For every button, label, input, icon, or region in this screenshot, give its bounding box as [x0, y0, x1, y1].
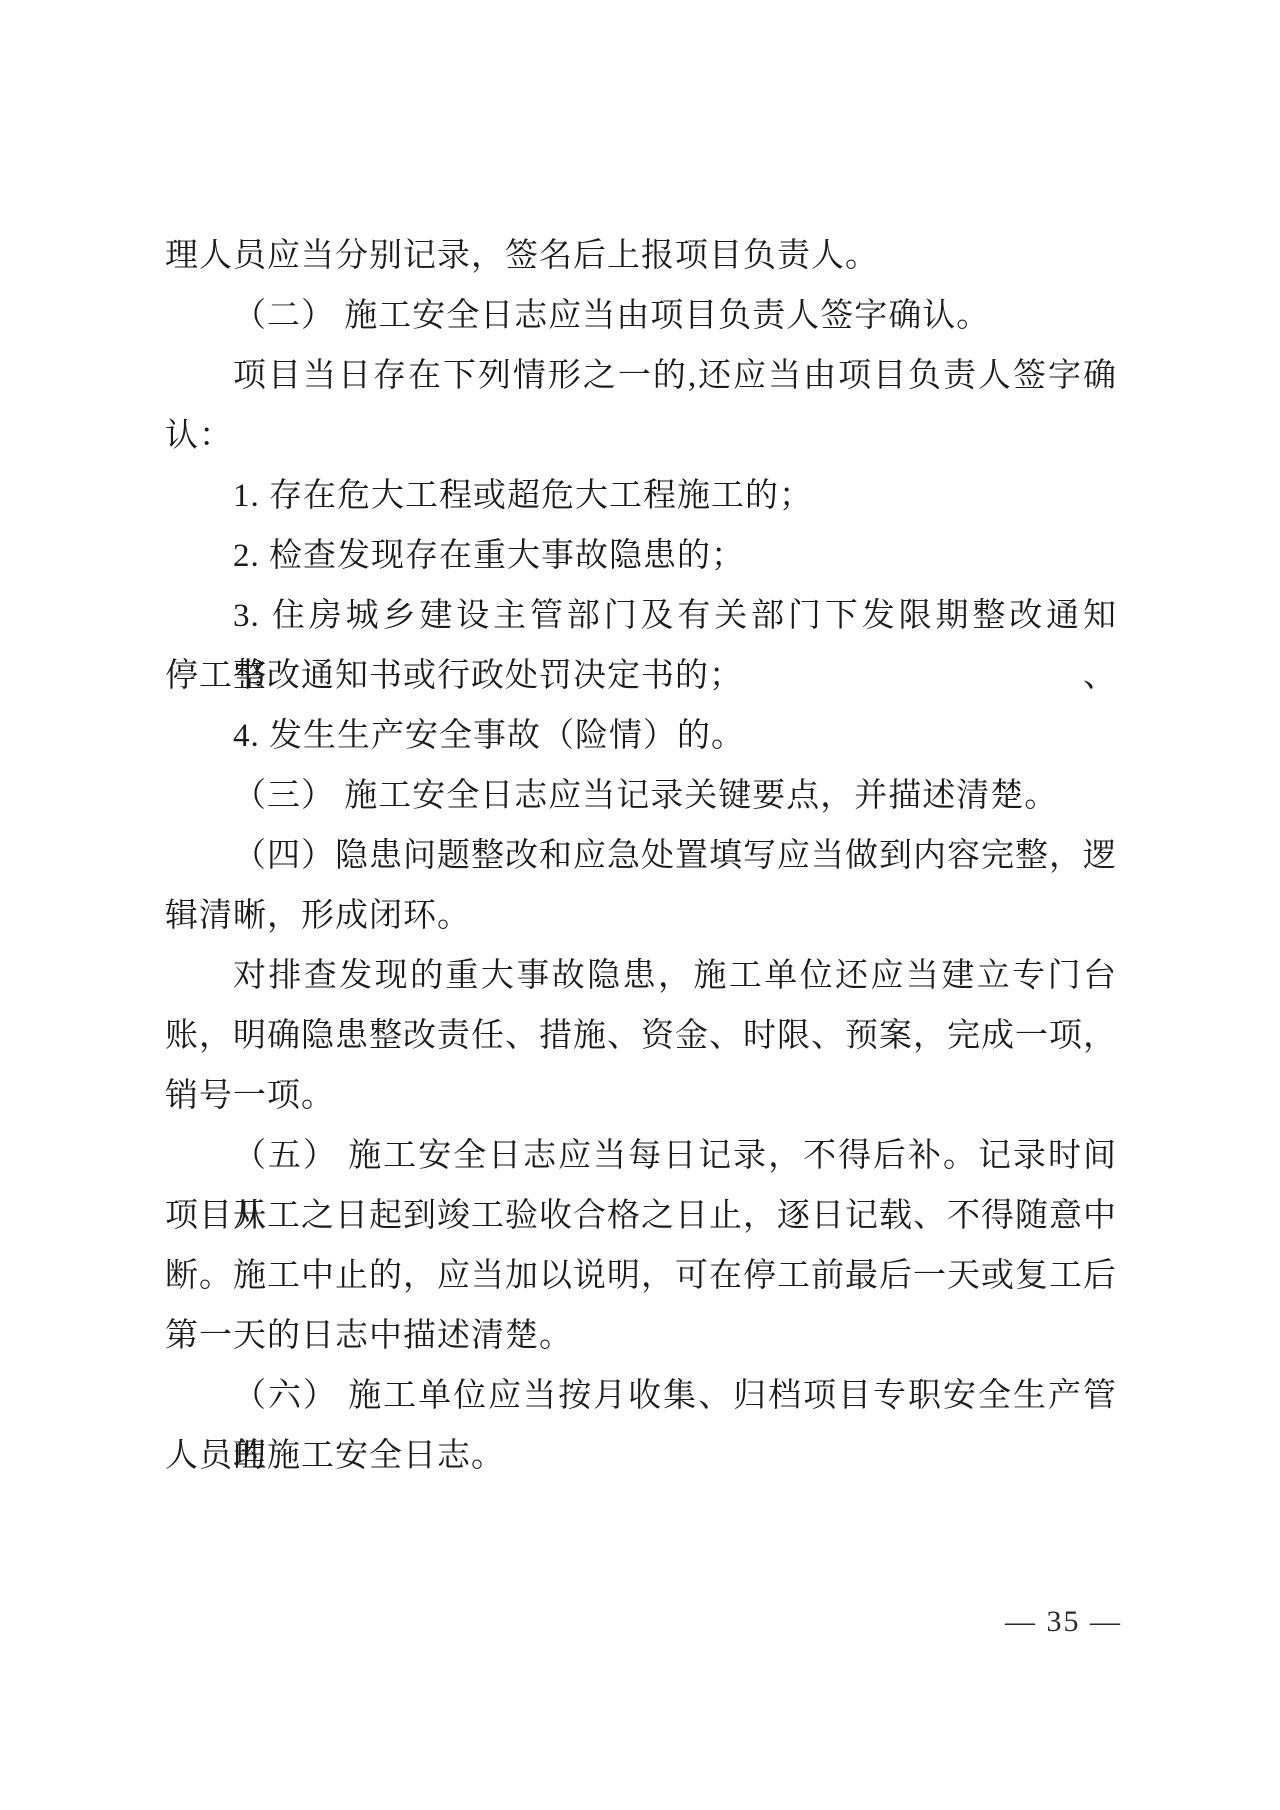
- text-line: 项目当日存在下列情形之一的,还应当由项目负责人签字确: [165, 346, 1117, 406]
- text-line: 辑清晰，形成闭环。: [165, 886, 1117, 946]
- text-line: 断。施工中止的，应当加以说明，可在停工前最后一天或复工后: [165, 1246, 1117, 1306]
- text-line: 销号一项。: [165, 1066, 1117, 1126]
- text-line: 1. 存在危大工程或超危大工程施工的；: [165, 466, 1117, 526]
- text-line: （六） 施工单位应当按月收集、归档项目专职安全生产管理: [165, 1366, 1117, 1426]
- text-line: （五） 施工安全日志应当每日记录，不得后补。记录时间从: [165, 1126, 1117, 1186]
- text-line: 项目开工之日起到竣工验收合格之日止，逐日记载、不得随意中: [165, 1186, 1117, 1246]
- text-line: 3. 住房城乡建设主管部门及有关部门下发限期整改通知书、: [165, 586, 1117, 646]
- text-line: 4. 发生生产安全事故（险情）的。: [165, 706, 1117, 766]
- text-line: （三） 施工安全日志应当记录关键要点，并描述清楚。: [165, 766, 1117, 826]
- text-line: 认：: [165, 406, 1117, 466]
- text-line: 第一天的日志中描述清楚。: [165, 1306, 1117, 1366]
- text-line: 对排查发现的重大事故隐患，施工单位还应当建立专门台: [165, 946, 1117, 1006]
- text-line: 人员的施工安全日志。: [165, 1426, 1117, 1486]
- text-line: （二） 施工安全日志应当由项目负责人签字确认。: [165, 286, 1117, 346]
- text-line: （四）隐患问题整改和应急处置填写应当做到内容完整，逻: [165, 826, 1117, 886]
- document-body: 理人员应当分别记录，签名后上报项目负责人。（二） 施工安全日志应当由项目负责人签…: [165, 226, 1117, 1486]
- page-number: — 35 —: [1005, 1602, 1122, 1642]
- text-line: 理人员应当分别记录，签名后上报项目负责人。: [165, 226, 1117, 286]
- text-line: 账，明确隐患整改责任、措施、资金、时限、预案，完成一项，: [165, 1006, 1117, 1066]
- document-page: 理人员应当分别记录，签名后上报项目负责人。（二） 施工安全日志应当由项目负责人签…: [0, 0, 1280, 1810]
- text-line: 2. 检查发现存在重大事故隐患的；: [165, 526, 1117, 586]
